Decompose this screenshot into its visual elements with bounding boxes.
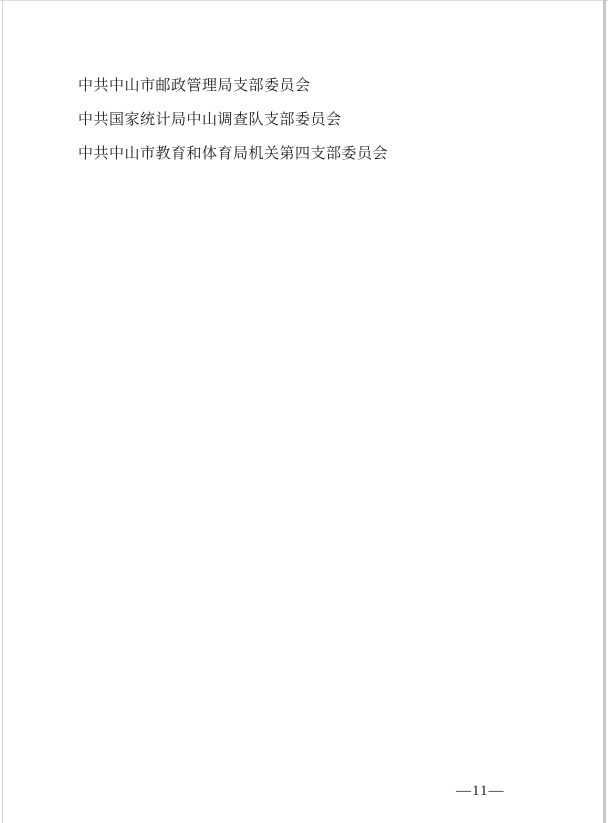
page-left-edge xyxy=(2,0,3,823)
page-number: —11— xyxy=(456,783,504,800)
body-text-block: 中共中山市邮政管理局支部委员会 中共国家统计局中山调查队支部委员会 中共中山市教… xyxy=(78,69,558,171)
page-top-edge xyxy=(0,0,608,1)
committee-name-line-1: 中共中山市邮政管理局支部委员会 xyxy=(78,69,558,103)
committee-name-line-3: 中共中山市教育和体育局机关第四支部委员会 xyxy=(78,137,558,171)
page-right-edge xyxy=(603,0,606,823)
document-page: 中共中山市邮政管理局支部委员会 中共国家统计局中山调查队支部委员会 中共中山市教… xyxy=(0,0,608,823)
committee-name-line-2: 中共国家统计局中山调查队支部委员会 xyxy=(78,103,558,137)
